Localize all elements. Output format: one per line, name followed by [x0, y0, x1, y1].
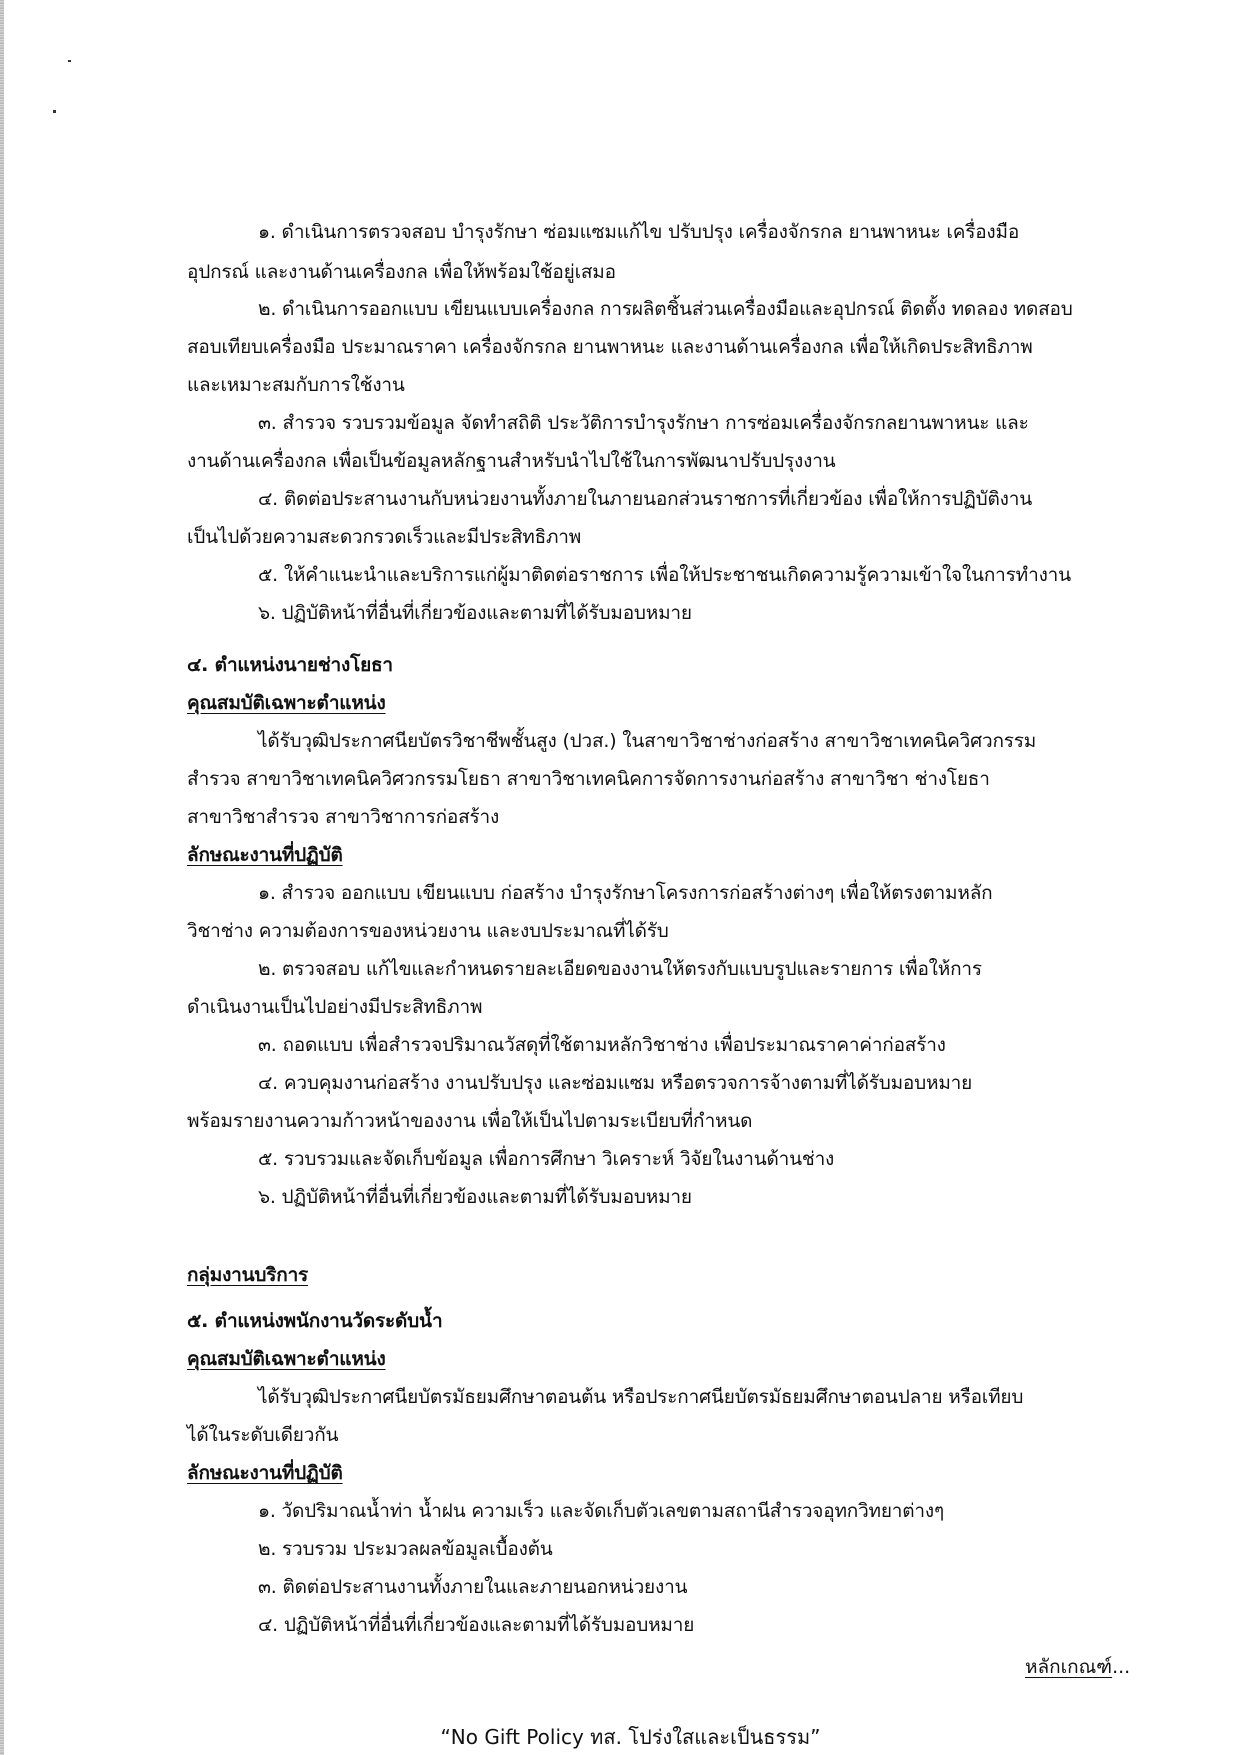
duty-line: ๕. รวบรวมและจัดเก็บข้อมูล เพื่อการศึกษา …	[258, 1146, 834, 1172]
duty-line: ๕. ให้คำแนะนำและบริการแก่ผู้มาติดต่อราชก…	[258, 562, 1071, 588]
continuation-dots: ...	[1112, 1656, 1130, 1678]
qualifications-heading: คุณสมบัติเฉพาะตำแหน่ง	[187, 690, 386, 716]
duty-line: ๑. สำรวจ ออกแบบ เขียนแบบ ก่อสร้าง บำรุงร…	[258, 880, 992, 906]
scan-speck	[68, 60, 71, 62]
duty-line: ดำเนินงานเป็นไปอย่างมีประสิทธิภาพ	[187, 994, 482, 1020]
qualifications-heading: คุณสมบัติเฉพาะตำแหน่ง	[187, 1346, 386, 1372]
duty-line: ๑. วัดปริมาณน้ำท่า น้ำฝน ความเร็ว และจัด…	[258, 1498, 944, 1524]
continuation-word: หลักเกณฑ์	[1025, 1656, 1112, 1678]
continuation-marker: หลักเกณฑ์...	[1025, 1654, 1130, 1680]
duty-line: ๖. ปฏิบัติหน้าที่อื่นที่เกี่ยวข้องและตาม…	[258, 1184, 692, 1210]
duty-line: ๖. ปฏิบัติหน้าที่อื่นที่เกี่ยวข้องและตาม…	[258, 600, 692, 626]
duty-line: ๓. ถอดแบบ เพื่อสำรวจปริมาณวัสดุที่ใช้ตาม…	[258, 1032, 946, 1058]
section-title: ๕. ตำแหน่งพนักงานวัดระดับน้ำ	[187, 1308, 442, 1334]
duty-line: ๑. ดำเนินการตรวจสอบ บำรุงรักษา ซ่อมแซมแก…	[258, 219, 1019, 245]
duty-line: ๔. ปฏิบัติหน้าที่อื่นที่เกี่ยวข้องและตาม…	[258, 1612, 694, 1638]
duty-line: ๒. ตรวจสอบ แก้ไขและกำหนดรายละเอียดของงาน…	[258, 956, 982, 982]
duties-heading: ลักษณะงานที่ปฏิบัติ	[187, 1460, 343, 1486]
duty-line: ๒. ดำเนินการออกแบบ เขียนแบบเครื่องกล การ…	[258, 296, 1073, 322]
qualification-line: ได้ในระดับเดียวกัน	[187, 1422, 338, 1448]
footer-slogan: “No Gift Policy ทส. โปร่งใสและเป็นธรรม”	[10, 1724, 1241, 1750]
duty-line: สอบเทียบเครื่องมือ ประมาณราคา เครื่องจัก…	[187, 334, 1033, 360]
qualification-line: ได้รับวุฒิประกาศนียบัตรมัธยมศึกษาตอนต้น …	[258, 1384, 1023, 1410]
scan-edge-artifact	[0, 0, 4, 1755]
qualification-line: สาขาวิชาสำรวจ สาขาวิชาการก่อสร้าง	[187, 804, 499, 830]
duty-line: งานด้านเครื่องกล เพื่อเป็นข้อมูลหลักฐานส…	[187, 448, 835, 474]
duty-line: อุปกรณ์ และงานด้านเครื่องกล เพื่อให้พร้อ…	[187, 259, 616, 285]
qualification-line: ได้รับวุฒิประกาศนียบัตรวิชาชีพชั้นสูง (ป…	[258, 728, 1036, 754]
duty-line: ๒. รวบรวม ประมวลผลข้อมูลเบื้องต้น	[258, 1536, 553, 1562]
duty-line: วิชาช่าง ความต้องการของหน่วยงาน และงบประ…	[187, 918, 669, 944]
qualification-line: สำรวจ สาขาวิชาเทคนิควิศวกรรมโยธา สาขาวิช…	[187, 766, 990, 792]
duty-line: ๔. ควบคุมงานก่อสร้าง งานปรับปรุง และซ่อม…	[258, 1070, 972, 1096]
service-group-heading: กลุ่มงานบริการ	[187, 1262, 308, 1288]
duties-heading: ลักษณะงานที่ปฏิบัติ	[187, 842, 343, 868]
duty-line: ๔. ติดต่อประสานงานกับหน่วยงานทั้งภายในภา…	[258, 486, 1032, 512]
section-title: ๔. ตำแหน่งนายช่างโยธา	[187, 652, 393, 678]
duty-line: พร้อมรายงานความก้าวหน้าของงาน เพื่อให้เป…	[187, 1108, 752, 1134]
duty-line: ๓. สำรวจ รวบรวมข้อมูล จัดทำสถิติ ประวัติ…	[258, 410, 1029, 436]
duty-line: และเหมาะสมกับการใช้งาน	[187, 372, 405, 398]
duty-line: เป็นไปด้วยความสะดวกรวดเร็วและมีประสิทธิภ…	[187, 524, 581, 550]
duty-line: ๓. ติดต่อประสานงานทั้งภายในและภายนอกหน่ว…	[258, 1574, 687, 1600]
scan-speck	[53, 110, 56, 113]
